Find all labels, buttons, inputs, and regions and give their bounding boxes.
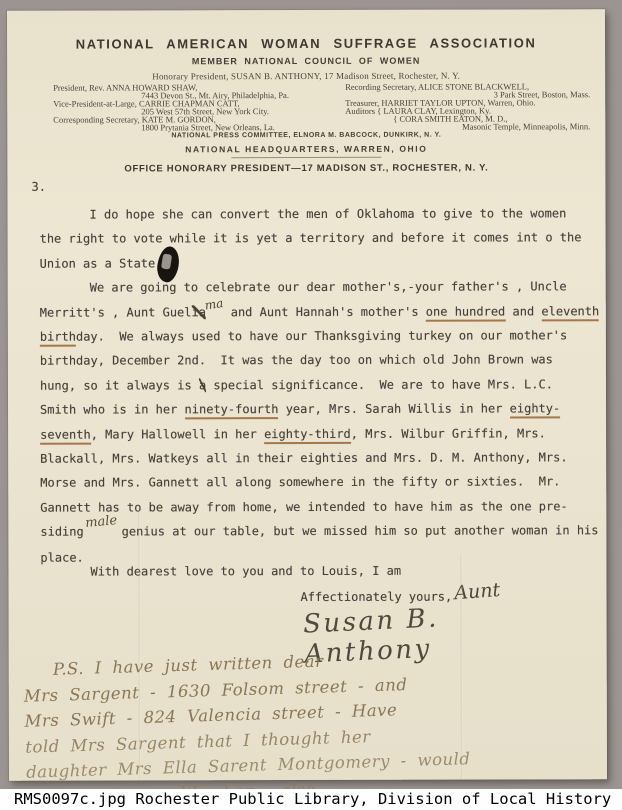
- text-segment: With dearest love to you and to Louis, I…: [90, 564, 401, 579]
- text-line: Union as a State.: [40, 250, 586, 276]
- text-line: Morse and Mrs. Gannett all along somewhe…: [40, 470, 586, 496]
- text-line: sidingmalegenius at our table, but we mi…: [40, 519, 586, 546]
- text-segment: Morse and Mrs. Gannett all along somewhe…: [40, 475, 560, 490]
- letter-page: NATIONAL AMERICAN WOMAN SUFFRAGE ASSOCIA…: [7, 9, 607, 781]
- scanned-letter-photo: NATIONAL AMERICAN WOMAN SUFFRAGE ASSOCIA…: [0, 0, 622, 793]
- valediction-typed: Affectionately yours,: [301, 590, 453, 604]
- text-segment: We are going to celebrate our dear mothe…: [90, 280, 567, 295]
- annotated-text-segment: eleventh: [541, 304, 599, 321]
- caption-bar: RMS0097c.jpg Rochester Public Library, D…: [0, 789, 622, 810]
- text-segment: Smith who is in her: [40, 403, 185, 417]
- text-line: seventh, Mary Hallowell in her eighty-th…: [40, 421, 586, 447]
- annotated-text-segment: seventh: [40, 427, 91, 444]
- officers-right-column: Recording Secretary, ALICE STONE BLACKWE…: [345, 82, 590, 131]
- text-segment: special significance. We are to have Mrs…: [206, 377, 553, 392]
- annotated-text-segment: male: [85, 509, 119, 536]
- annotated-text-segment: ninety-fourth: [185, 402, 279, 419]
- annotated-text-segment: birth: [40, 330, 76, 347]
- text-line: birthday. We always used to have our Tha…: [40, 323, 586, 349]
- text-line: I do hope she can convert the men of Okl…: [39, 201, 585, 227]
- text-line: Masonic Temple, Minneapolis, Minn.: [345, 123, 590, 132]
- member-line: MEMBER NATIONAL COUNCIL OF WOMEN: [7, 55, 605, 67]
- text-segment: Merritt's , Aunt Guel: [40, 305, 192, 319]
- annotated-text-segment: ma: [203, 291, 225, 318]
- page-number: 3.: [31, 180, 45, 194]
- letterhead-divider: [231, 157, 381, 158]
- text-line: the right to vote while it is yet a terr…: [40, 226, 586, 252]
- text-segment: , Mary Hallowell in her: [91, 427, 264, 441]
- annotated-text-segment: eighty-third: [264, 427, 351, 444]
- text-line: hung, so it always is a special signific…: [40, 372, 586, 398]
- text-segment: Blackall, Mrs. Watkeys all in their eigh…: [40, 450, 567, 465]
- text-segment: I do hope she can convert the men of Okl…: [90, 206, 567, 221]
- text-segment: , Mrs. Wilbur Griffin, Mrs.: [351, 426, 546, 441]
- text-segment: genius at our table, but we missed him s…: [122, 524, 599, 539]
- annotated-text-segment: eighty-: [510, 402, 561, 419]
- text-line: Smith who is in her ninety-fourth year, …: [40, 397, 586, 423]
- text-segment: and Aunt Hannah's mother's: [223, 304, 425, 319]
- text-line: With dearest love to you and to Louis, I…: [40, 558, 586, 584]
- postscript: P.S. I have just written dearMrs Sargent…: [23, 642, 527, 810]
- text-line: birthday, December 2nd. It was the day t…: [40, 348, 586, 374]
- annotated-text-segment: one hundred: [426, 304, 506, 321]
- letter-body: I do hope she can convert the men of Okl…: [39, 201, 586, 584]
- caption-text: RMS0097c.jpg Rochester Public Library, D…: [14, 790, 611, 808]
- text-segment: place.: [40, 550, 83, 564]
- text-line: Merritt's , Aunt Gueliama and Aunt Hanna…: [40, 299, 586, 325]
- text-segment: day. We always used to have our Thanksgi…: [76, 328, 567, 343]
- text-segment: birthday, December 2nd. It was the day t…: [40, 353, 553, 368]
- text-line: Gannett has to be away from home, we int…: [40, 494, 586, 520]
- text-segment: P.S. I have just written dear: [53, 652, 324, 679]
- text-segment: the right to vote while it is yet a terr…: [40, 231, 582, 246]
- officers-left-column: President, Rev. ANNA HOWARD SHAW,7443 De…: [53, 83, 343, 132]
- text-segment: hung, so it always is: [40, 378, 199, 392]
- text-line: We are going to celebrate our dear mothe…: [40, 274, 586, 300]
- org-name: NATIONAL AMERICAN WOMAN SUFFRAGE ASSOCIA…: [7, 35, 605, 52]
- text-segment: Union as a State.: [40, 256, 163, 270]
- text-segment: year, Mrs. Sarah Willis in her: [278, 402, 509, 417]
- office-line: OFFICE HONORARY PRESIDENT—17 MADISON ST.…: [7, 162, 605, 175]
- headquarters-line: NATIONAL HEADQUARTERS, WARREN, OHIO: [7, 143, 605, 155]
- text-line: Blackall, Mrs. Watkeys all in their eigh…: [40, 445, 586, 471]
- text-segment: Gannett has to be away from home, we int…: [40, 499, 567, 514]
- annotated-text-segment: ia: [191, 305, 205, 319]
- ink-blot-highlight: [161, 253, 172, 269]
- honorary-president-line: Honorary President, SUSAN B. ANTHONY, 17…: [7, 70, 605, 82]
- press-committee-line: NATIONAL PRESS COMMITTEE, ELNORA M. BABC…: [7, 131, 605, 140]
- text-segment: and: [505, 304, 541, 318]
- text-segment: siding: [40, 525, 83, 539]
